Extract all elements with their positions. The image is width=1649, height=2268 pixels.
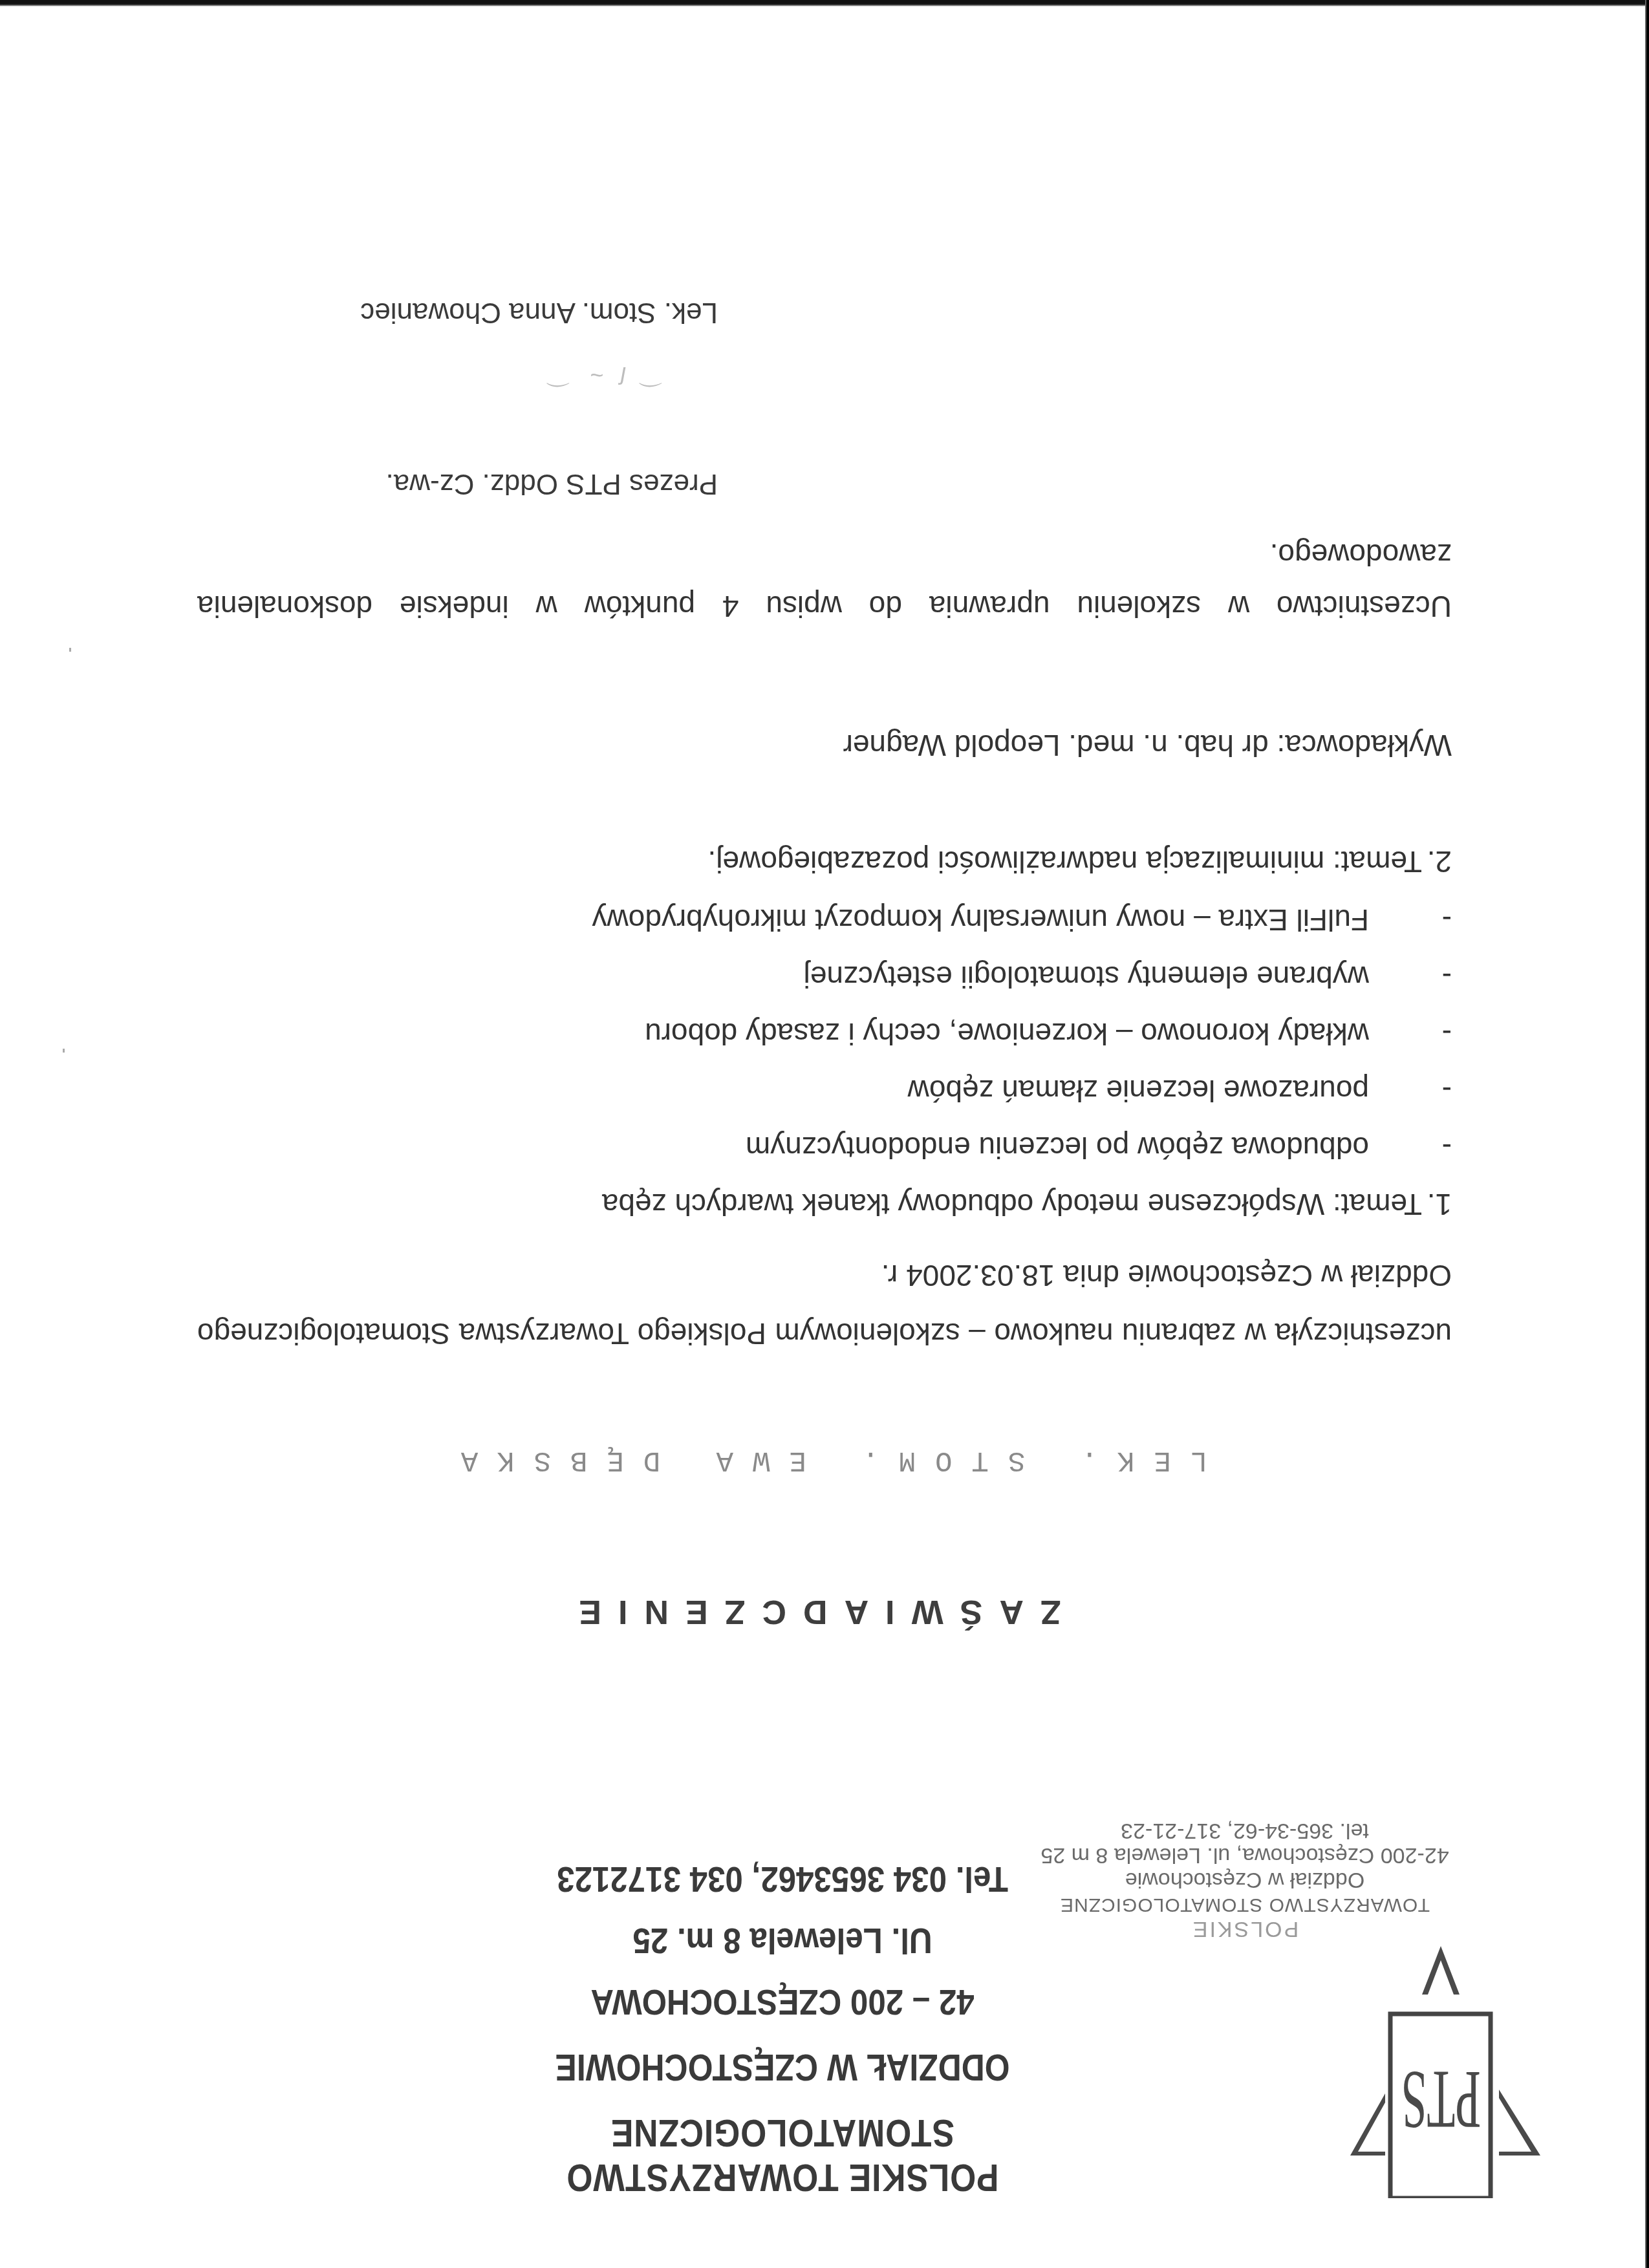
topic-1-number: 1.: [1422, 1188, 1452, 1221]
scanner-edge-side: [1645, 0, 1649, 2268]
scan-speck: [69, 648, 71, 652]
recipient-name: LEK. STOM. EWA DĘBSKA: [0, 1444, 1649, 1476]
signature-block: Prezes PTS Oddz. Cz-wa. ⌒ ſ ~ ⌒ Lek. Sto…: [200, 296, 718, 500]
dash-bullet-icon: -: [1442, 1075, 1452, 1107]
list-item: -FulFil Extra – nowy uniwersalny kompozy…: [197, 904, 1452, 936]
list-item: -wkłady koronowo – korzeniowe, cechy i z…: [197, 1018, 1452, 1050]
list-item-text: odbudowa zębów po leczeniu endodontyczny…: [746, 1131, 1369, 1164]
topic-1: 1.Temat: Współczesne metody odbudowy tka…: [197, 1188, 1452, 1221]
dash-bullet-icon: -: [1442, 1018, 1452, 1050]
topic-2-text: Temat: minimalizacja nadwrażliwości poza…: [708, 845, 1422, 879]
document-title: ZAŚWIADCZENIE: [0, 1592, 1649, 1631]
scan-speck: [63, 1049, 65, 1053]
topic-1-text: Temat: Współczesne metody odbudowy tkane…: [602, 1188, 1422, 1221]
scanned-certificate-page: PTS POLSKIE TOWARZYSTWO STOMATOLOGICZNE …: [0, 0, 1649, 2268]
stamp-line-2: TOWARZYSTWO STOMATOLOGICZNE: [1035, 1892, 1455, 1917]
organization-name: POLSKIE TOWARZYSTWO STOMATOLOGICZNE: [393, 2111, 1172, 2200]
list-item-text: wkłady koronowo – korzeniowe, cechy i za…: [645, 1017, 1369, 1051]
topic-2: 2.Temat: minimalizacja nadwrażliwości po…: [197, 846, 1452, 878]
lecturer-line: Wykładowca: dr hab. n. med. Leopold Wagn…: [197, 729, 1452, 762]
list-item-text: pourazowe leczenie złamań zębów: [908, 1074, 1369, 1107]
certificate-body: uczestniczyła w zabraniu naukowo – szkol…: [197, 529, 1452, 1363]
stamp-line-3: Oddział w Częstochowie: [1035, 1868, 1455, 1892]
organization-stamp: POLSKIE TOWARZYSTWO STOMATOLOGICZNE Oddz…: [1035, 1819, 1455, 1942]
handwritten-signature-icon: ⌒ ſ ~ ⌒: [200, 354, 718, 393]
credit-points-paragraph: Uczestnictwo w szkoleniu uprawnia do wpi…: [197, 529, 1452, 632]
dash-bullet-icon: -: [1442, 1131, 1452, 1164]
stamp-line-1: POLSKIE: [1035, 1917, 1455, 1942]
signatory-role: Prezes PTS Oddz. Cz-wa.: [200, 467, 718, 500]
stamp-line-4: 42-200 Częstochowa, ul. Lelewela 8 m 25: [1035, 1843, 1455, 1868]
pts-logo-icon: PTS: [1339, 1946, 1552, 2198]
list-item: -wybrane elementy stomatologii estetyczn…: [197, 961, 1452, 993]
dash-bullet-icon: -: [1442, 904, 1452, 936]
stamp-line-5: tel. 365-34-62, 317-21-23: [1035, 1819, 1455, 1843]
list-item-text: wybrane elementy stomatologii estetyczne…: [804, 960, 1369, 994]
topic-2-number: 2.: [1422, 846, 1452, 878]
topic-1-items: -odbudowa zębów po leczeniu endodontyczn…: [197, 904, 1452, 1164]
list-item-text: FulFil Extra – nowy uniwersalny kompozyt…: [592, 903, 1369, 937]
list-item: -odbudowa zębów po leczeniu endodontyczn…: [197, 1131, 1452, 1164]
branch-name: ODDZIAŁ W CZĘSTOCHOWIE: [393, 2046, 1172, 2089]
signatory-name: Lek. Stom. Anna Chowaniec: [200, 296, 718, 328]
list-item: -pourazowe leczenie złamań zębów: [197, 1075, 1452, 1107]
intro-paragraph: uczestniczyła w zabraniu naukowo – szkol…: [197, 1246, 1452, 1363]
dash-bullet-icon: -: [1442, 961, 1452, 993]
scanner-edge: [0, 0, 1649, 6]
postal-address: 42 – 200 CZĘSTOCHOWA: [384, 1982, 1181, 2024]
svg-text:PTS: PTS: [1401, 2053, 1481, 2146]
